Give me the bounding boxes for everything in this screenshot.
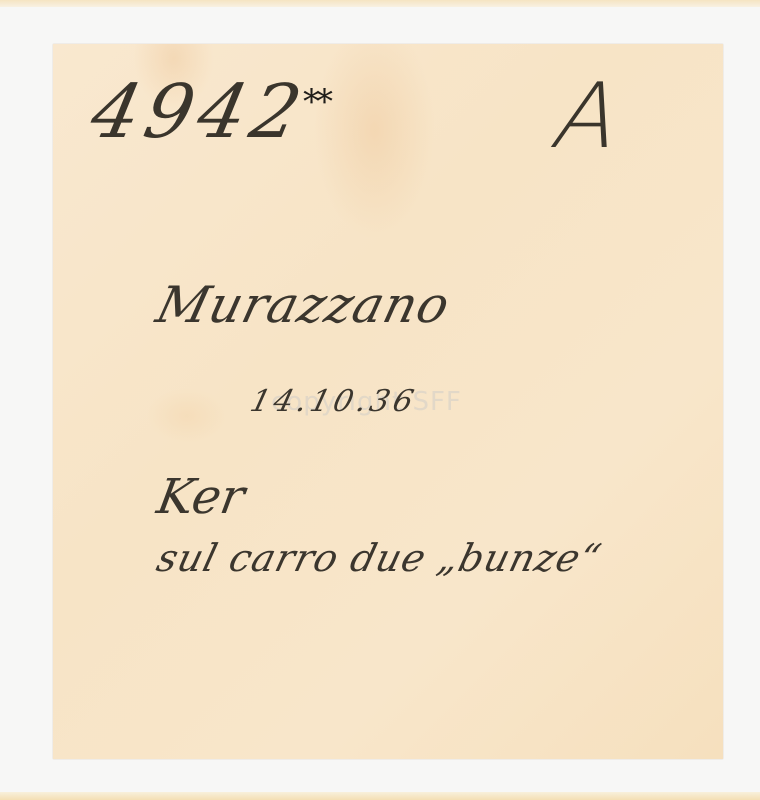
bottom-edge-strip bbox=[0, 792, 760, 800]
collection-date: 14.10.36 bbox=[247, 384, 421, 419]
specimen-label-card: 4942 ** A Murazzano copyright SFF 14.10.… bbox=[53, 44, 723, 759]
top-edge-strip bbox=[0, 0, 760, 7]
catalog-number: 4942 bbox=[84, 69, 315, 155]
category-letter: A bbox=[541, 64, 637, 169]
collector-name: Ker bbox=[153, 469, 249, 525]
mounting-board: 4942 ** A Murazzano copyright SFF 14.10.… bbox=[0, 7, 760, 792]
catalog-marks: ** bbox=[303, 82, 329, 122]
locality-text: Murazzano bbox=[151, 276, 456, 334]
collection-note: sul carro due „bunze“ bbox=[153, 536, 607, 580]
